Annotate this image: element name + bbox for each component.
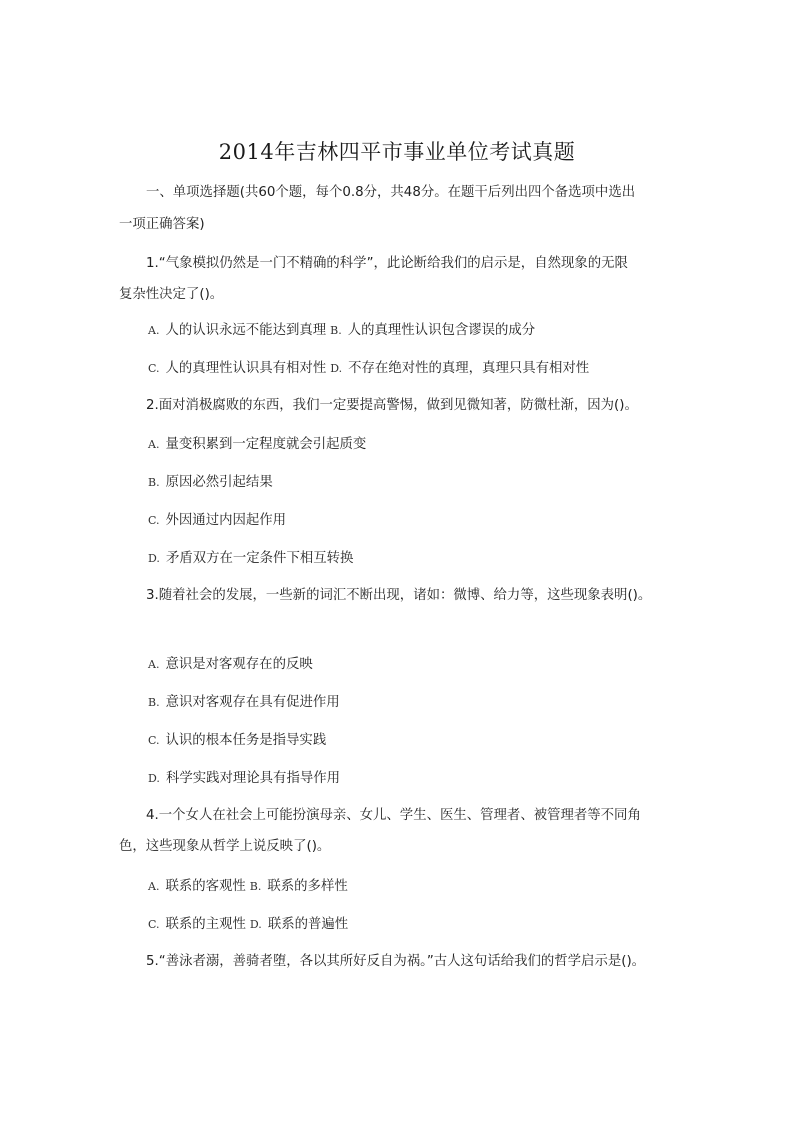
section-heading-line1: 一、单项选择题(共60个题，每个0.8分，共48分。在题干后列出四个备选项中选出 bbox=[146, 184, 635, 202]
option-letter: C. bbox=[148, 362, 160, 375]
option-letter: B. bbox=[148, 696, 160, 709]
option-text: 人的真理性认识具有相对性 bbox=[166, 361, 327, 376]
option-letter: D. bbox=[148, 552, 160, 565]
option-letter: C. bbox=[148, 918, 160, 931]
question-2-stem: 2.面对消极腐败的东西，我们一定要提高警惕，做到见微知著，防微杜渐，因为()。 bbox=[146, 397, 638, 415]
question-3-option-a: A.意识是对客观存在的反映 bbox=[148, 656, 313, 674]
option-text: 人的认识永远不能达到真理 bbox=[165, 323, 326, 338]
question-3-option-b: B.意识对客观存在具有促进作用 bbox=[148, 694, 340, 712]
question-3-stem: 3.随着社会的发展，一些新的词汇不断出现，诸如：微博、给力等，这些现象表明()。 bbox=[146, 587, 651, 605]
option-text: 科学实践对理论具有指导作用 bbox=[166, 771, 340, 786]
section-heading-line2: 一项正确答案) bbox=[119, 216, 205, 234]
question-1-stem-line1: 1.“气象模拟仍然是一门不精确的科学”，此论断给我们的启示是，自然现象的无限 bbox=[146, 255, 628, 273]
option-letter: A. bbox=[148, 438, 159, 451]
question-4-options-cd: C.联系的主观性D.联系的普遍性 bbox=[148, 916, 348, 934]
option-letter: B. bbox=[250, 880, 262, 893]
option-text: 原因必然引起结果 bbox=[166, 475, 273, 490]
option-text: 外因通过内因起作用 bbox=[166, 513, 287, 528]
option-letter: A. bbox=[148, 658, 159, 671]
option-text: 联系的客观性 bbox=[165, 879, 245, 894]
option-text: 意识对客观存在具有促进作用 bbox=[166, 695, 340, 710]
option-text: 人的真理性认识包含谬误的成分 bbox=[348, 323, 535, 338]
question-2-option-d: D.矛盾双方在一定条件下相互转换 bbox=[148, 550, 353, 568]
option-letter: A. bbox=[148, 324, 159, 337]
option-letter: C. bbox=[148, 514, 160, 527]
option-letter: A. bbox=[148, 880, 159, 893]
question-2-option-a: A.量变积累到一定程度就会引起质变 bbox=[148, 436, 366, 454]
question-1-options-cd: C.人的真理性认识具有相对性D.不存在绝对性的真理，真理只具有相对性 bbox=[148, 360, 589, 378]
document-title: 2014年吉林四平市事业单位考试真题 bbox=[0, 136, 794, 166]
option-text: 联系的主观性 bbox=[166, 917, 246, 932]
option-letter: C. bbox=[148, 734, 160, 747]
question-4-stem-line1: 4.一个女人在社会上可能扮演母亲、女儿、学生、医生、管理者、被管理者等不同角 bbox=[146, 807, 641, 825]
question-3-option-c: C.认识的根本任务是指导实践 bbox=[148, 732, 326, 750]
option-text: 意识是对客观存在的反映 bbox=[165, 657, 312, 672]
question-3-option-d: D.科学实践对理论具有指导作用 bbox=[148, 770, 340, 788]
option-text: 联系的普遍性 bbox=[268, 917, 348, 932]
option-text: 不存在绝对性的真理，真理只具有相对性 bbox=[348, 361, 589, 376]
question-2-option-b: B.原因必然引起结果 bbox=[148, 474, 273, 492]
document-page: 2014年吉林四平市事业单位考试真题 一、单项选择题(共60个题，每个0.8分，… bbox=[0, 0, 794, 1123]
option-letter: D. bbox=[148, 772, 160, 785]
option-letter: D. bbox=[250, 918, 262, 931]
question-1-stem-line2: 复杂性决定了()。 bbox=[119, 286, 223, 304]
question-5-stem: 5.“善泳者溺，善骑者堕，各以其所好反自为祸。”古人这句话给我们的哲学启示是()… bbox=[146, 953, 645, 971]
option-text: 联系的多样性 bbox=[267, 879, 347, 894]
option-letter: B. bbox=[148, 476, 160, 489]
option-letter: D. bbox=[330, 362, 342, 375]
option-text: 量变积累到一定程度就会引起质变 bbox=[165, 437, 366, 452]
question-2-option-c: C.外因通过内因起作用 bbox=[148, 512, 286, 530]
option-letter: B. bbox=[330, 324, 342, 337]
option-text: 矛盾双方在一定条件下相互转换 bbox=[166, 551, 353, 566]
question-4-stem-line2: 色，这些现象从哲学上说反映了()。 bbox=[119, 838, 330, 856]
question-1-options-ab: A.人的认识永远不能达到真理B.人的真理性认识包含谬误的成分 bbox=[148, 322, 535, 340]
question-4-options-ab: A.联系的客观性B.联系的多样性 bbox=[148, 878, 348, 896]
option-text: 认识的根本任务是指导实践 bbox=[166, 733, 327, 748]
